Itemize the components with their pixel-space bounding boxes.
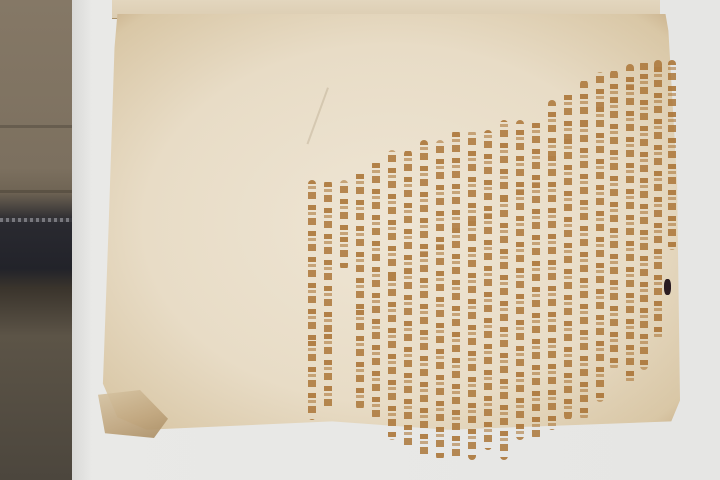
handwritten-line xyxy=(580,80,588,420)
handwritten-line xyxy=(468,130,476,460)
handwritten-line xyxy=(500,120,508,460)
handwritten-line xyxy=(532,120,540,440)
handwritten-line xyxy=(388,150,396,440)
fabric-fold xyxy=(0,190,72,193)
ink-blot xyxy=(664,279,671,295)
handwritten-line xyxy=(668,60,676,250)
handwritten-line xyxy=(516,120,524,440)
handwritten-line xyxy=(404,150,412,450)
handwritten-line xyxy=(484,130,492,450)
handwritten-line xyxy=(626,64,634,384)
handwritten-line xyxy=(610,70,618,370)
handwritten-line xyxy=(356,170,364,410)
fabric-fold xyxy=(0,125,72,128)
handwritten-line xyxy=(548,100,556,430)
zipper xyxy=(0,218,72,222)
handwritten-line xyxy=(452,130,460,460)
handwritten-line xyxy=(564,90,572,420)
handwritten-line xyxy=(340,180,348,270)
jacket-fabric xyxy=(0,0,72,480)
handwritten-line xyxy=(654,60,662,340)
handwritten-line xyxy=(596,72,604,402)
handwritten-line xyxy=(420,140,428,460)
handwritten-line xyxy=(372,160,380,420)
handwriting-lines xyxy=(120,60,680,430)
handwritten-line xyxy=(436,140,444,460)
handwritten-line xyxy=(308,180,316,420)
handwritten-line xyxy=(324,180,332,410)
handwritten-line xyxy=(640,60,648,370)
photo-scene xyxy=(0,0,720,480)
